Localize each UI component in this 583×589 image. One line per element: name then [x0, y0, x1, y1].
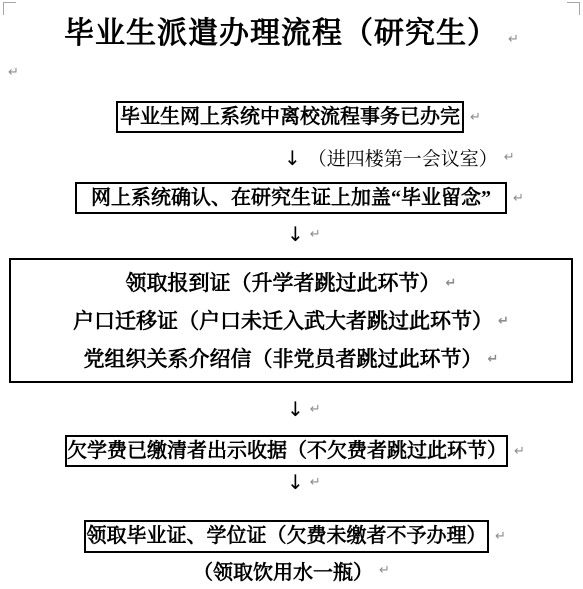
footer-note: （领取饮用水一瓶）	[193, 556, 373, 585]
flow-connector-row: ↓ ↵	[287, 399, 321, 419]
flow-step-3-line-text: 户口迁移证（户口未迁入武大者跳过此环节）	[73, 308, 493, 334]
document-page: 毕业生派遣办理流程（研究生）↵ ↵ 毕业生网上系统中离校流程事务已办完 ↵ ↓ …	[0, 0, 583, 589]
flow-step-3-box: 领取报到证（升学者跳过此环节） ↵ 户口迁移证（户口未迁入武大者跳过此环节） ↵…	[9, 258, 573, 383]
flow-step-5-row: 领取毕业证、学位证（欠费未缴者不予办理） ↵	[84, 520, 506, 553]
paragraph-mark-icon: ↵	[504, 151, 515, 164]
paragraph-mark-icon: ↵	[508, 32, 519, 47]
paragraph-mark-icon: ↵	[470, 111, 481, 124]
title-row: 毕业生派遣办理流程（研究生）↵	[0, 8, 583, 52]
down-arrow-icon: ↓	[287, 224, 304, 244]
paragraph-mark-icon: ↵	[513, 192, 524, 205]
flow-step-4-row: 欠学费已缴清者出示收据（不欠费者跳过此环节） ↵	[65, 435, 525, 467]
flow-step-3-row: 领取报到证（升学者跳过此环节） ↵ 户口迁移证（户口未迁入武大者跳过此环节） ↵…	[9, 258, 573, 383]
paragraph-mark-icon: ↵	[310, 476, 321, 489]
flow-step-1-box: 毕业生网上系统中离校流程事务已办完	[116, 101, 464, 133]
paragraph-mark-icon: ↵	[446, 277, 457, 290]
flow-step-3-line: 党组织关系介绍信（非党员者跳过此环节） ↵	[11, 346, 571, 372]
flow-note-row: ↓ （进四楼第一会议室） ↵	[284, 144, 515, 171]
paragraph-mark-icon: ↵	[379, 564, 390, 577]
flow-step-4-box: 欠学费已缴清者出示收据（不欠费者跳过此环节）	[65, 435, 508, 467]
paragraph-mark-icon: ↵	[488, 353, 499, 366]
flow-step-2-box: 网上系统确认、在研究生证上加盖“毕业留念”	[75, 182, 507, 214]
flow-step-5-box: 领取毕业证、学位证（欠费未缴者不予办理）	[84, 520, 489, 553]
flow-step-1-row: 毕业生网上系统中离校流程事务已办完 ↵	[116, 101, 481, 133]
down-arrow-icon: ↓	[287, 399, 304, 419]
flow-step-2-row: 网上系统确认、在研究生证上加盖“毕业留念” ↵	[75, 182, 524, 214]
footer-note-row: （领取饮用水一瓶） ↵	[0, 556, 583, 585]
flow-step-3-line: 户口迁移证（户口未迁入武大者跳过此环节） ↵	[11, 308, 571, 334]
down-arrow-icon: ↓	[284, 148, 301, 168]
flow-step-3-line-text: 领取报到证（升学者跳过此环节）	[126, 270, 441, 296]
flow-connector-row: ↓ ↵	[287, 224, 321, 244]
paragraph-mark-icon: ↵	[495, 530, 506, 543]
flow-step-3-line-text: 党组织关系介绍信（非党员者跳过此环节）	[84, 346, 483, 372]
paragraph-mark-icon: ↵	[310, 228, 321, 241]
down-arrow-icon: ↓	[287, 472, 304, 492]
paragraph-mark-icon: ↵	[310, 403, 321, 416]
page-title: 毕业生派遣办理流程（研究生）	[64, 17, 498, 50]
paragraph-mark-icon: ↵	[514, 445, 525, 458]
paragraph-mark-icon: ↵	[8, 66, 19, 79]
paragraph-mark-icon: ↵	[498, 315, 509, 328]
flow-step-3-line: 领取报到证（升学者跳过此环节） ↵	[11, 270, 571, 296]
flow-step-1-note: （进四楼第一会议室）	[308, 144, 498, 171]
flow-connector-row: ↓ ↵	[287, 472, 321, 492]
